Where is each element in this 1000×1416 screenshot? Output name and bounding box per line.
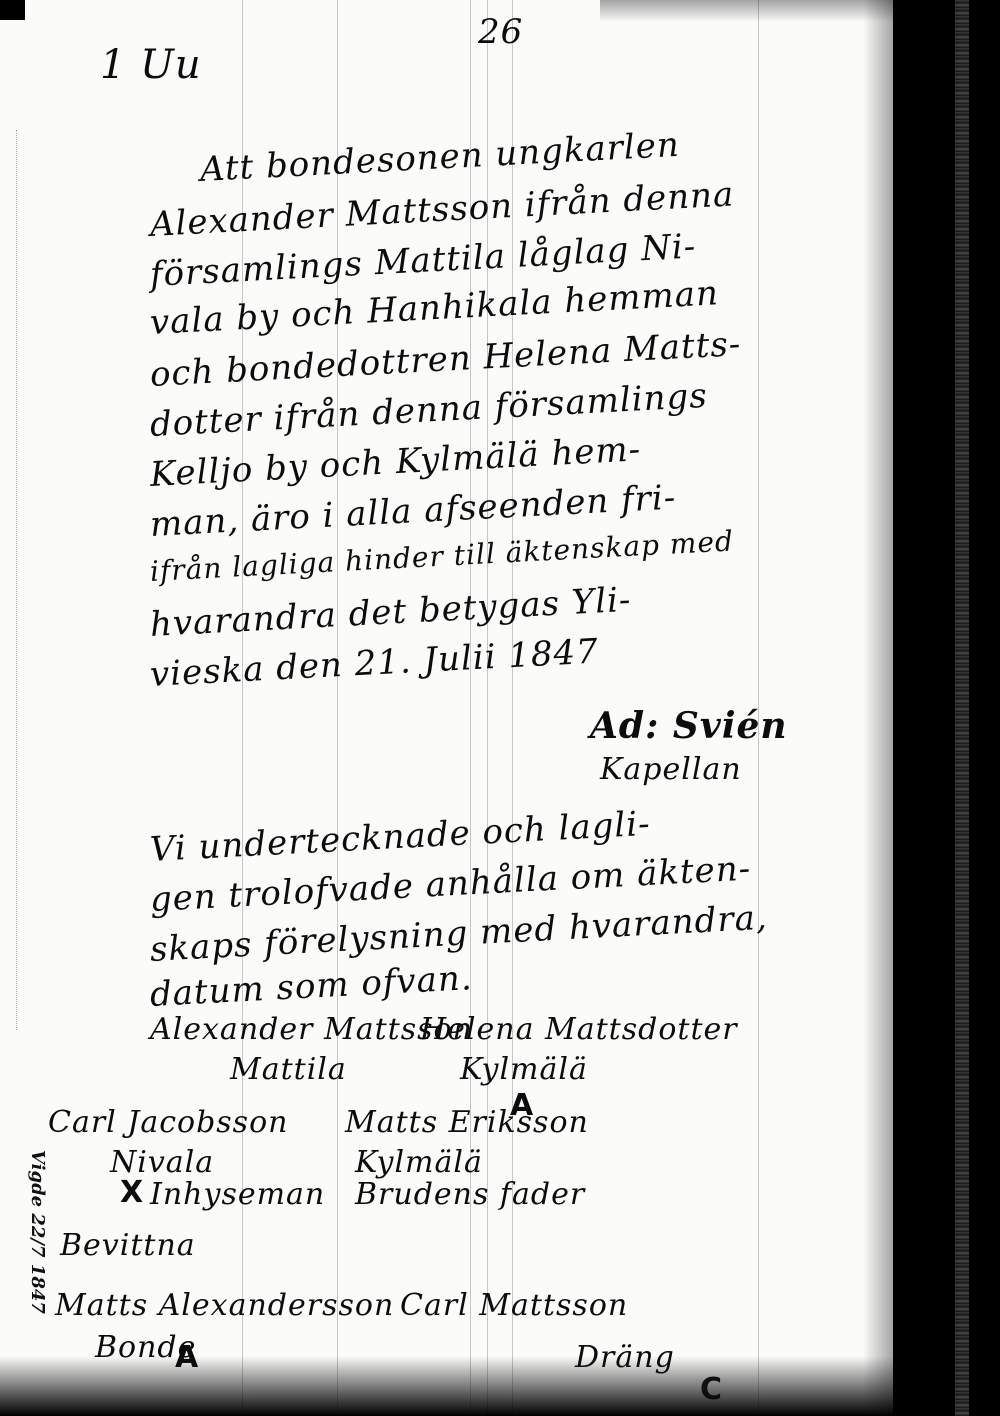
margin-note-rotated: Vigde 22/7 1847 (27, 1150, 48, 1314)
bride-father-place: Kylmälä (355, 1145, 483, 1180)
officiant-signature: Ad: Svién (590, 705, 788, 747)
page-number: 26 (478, 12, 523, 52)
bride-father-role: Brudens fader (355, 1177, 585, 1212)
guardian-role: Inhyseman (150, 1177, 325, 1212)
witness-name: Carl Mattsson (400, 1288, 628, 1323)
bride-place: Kylmälä (460, 1052, 588, 1087)
margin-rule (16, 130, 18, 1030)
scan-top-shadow (600, 0, 893, 22)
bride-father-name: Matts Eriksson (345, 1105, 589, 1140)
witness-name: Matts Alexandersson (55, 1288, 394, 1323)
groom-place: Mattila (230, 1052, 347, 1087)
scan-corner-shadow (0, 0, 25, 20)
scan-bottom-shadow (0, 1356, 893, 1416)
bride-name: Helena Mattsdotter (420, 1012, 738, 1047)
document-page: 26 1 Uu Att bondesonen ungkarlen Alexand… (0, 0, 893, 1416)
book-spine-edge (955, 0, 969, 1416)
officiant-title: Kapellan (600, 752, 742, 787)
page-edge-shadow (863, 0, 893, 1416)
guardian-mark: X (120, 1175, 144, 1210)
witnesses-label: Bevittna (60, 1228, 196, 1263)
margin-note: 1 Uu (100, 42, 202, 88)
guardian-name: Carl Jacobsson (48, 1105, 288, 1140)
